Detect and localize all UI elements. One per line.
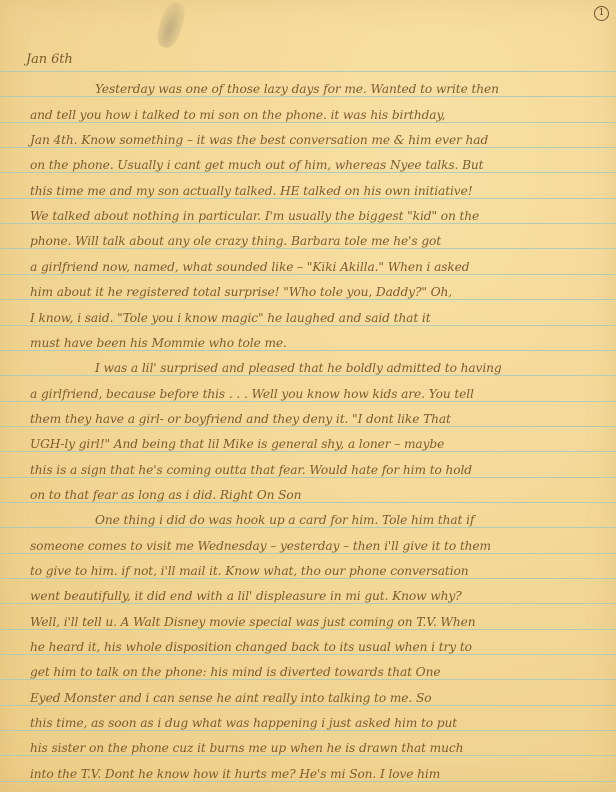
text-line: a girlfriend, because before this . . . … (0, 382, 616, 406)
text-line: and tell you how i talked to mi son on t… (0, 103, 616, 127)
text-line: his sister on the phone cuz it burns me … (0, 736, 616, 760)
text-line: Eyed Monster and i can sense he aint rea… (0, 686, 616, 710)
text-line: them they have a girl- or boyfriend and … (0, 407, 616, 431)
page-number: 1 (594, 6, 609, 21)
text-line: must have been his Mommie who tole me. (0, 331, 616, 355)
text-line: on to that fear as long as i did. Right … (0, 483, 616, 507)
text-line: Yesterday was one of those lazy days for… (0, 77, 616, 101)
date-heading: Jan 6th (0, 48, 616, 72)
text-line: phone. Will talk about any ole crazy thi… (0, 229, 616, 253)
text-line: went beautifully, it did end with a lil'… (0, 584, 616, 608)
text-line: One thing i did do was hook up a card fo… (0, 508, 616, 532)
text-line: this is a sign that he's coming outta th… (0, 458, 616, 482)
text-line: I was a lil' surprised and pleased that … (0, 356, 616, 380)
notebook-page: 1 Jan 6th Yesterday was one of those laz… (0, 0, 616, 792)
text-line: a girlfriend now, named, what sounded li… (0, 255, 616, 279)
text-line: I know, i said. "Tole you i know magic" … (0, 306, 616, 330)
text-line: get him to talk on the phone: his mind i… (0, 660, 616, 684)
text-line: Jan 4th. Know something – it was the bes… (0, 128, 616, 152)
text-line: this time me and my son actually talked.… (0, 179, 616, 203)
tape-stain (153, 0, 188, 50)
text-line: UGH-ly girl!" And being that lil Mike is… (0, 432, 616, 456)
text-line: to give to him. if not, i'll mail it. Kn… (0, 559, 616, 583)
text-line: someone comes to visit me Wednesday – ye… (0, 534, 616, 558)
text-line: into the T.V. Dont he know how it hurts … (0, 762, 616, 786)
text-line: he heard it, his whole disposition chang… (0, 635, 616, 659)
text-line: We talked about nothing in particular. I… (0, 204, 616, 228)
text-line: Well, i'll tell u. A Walt Disney movie s… (0, 610, 616, 634)
text-line: on the phone. Usually i cant get much ou… (0, 153, 616, 177)
text-line: this time, as soon as i dug what was hap… (0, 711, 616, 735)
text-line: him about it he registered total surpris… (0, 280, 616, 304)
